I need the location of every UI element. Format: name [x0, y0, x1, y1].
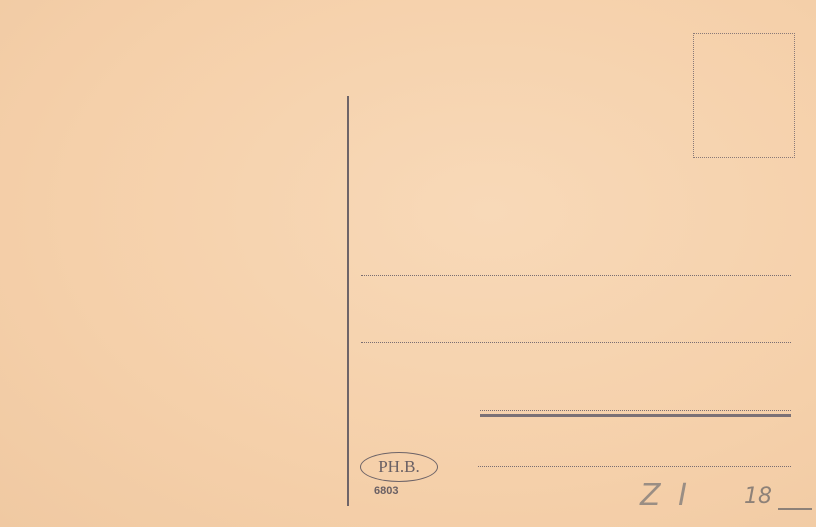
address-line-1 — [361, 275, 791, 276]
handwritten-note-right: 18 — [744, 484, 772, 509]
handwritten-dash — [778, 508, 812, 510]
catalog-number: 6803 — [374, 485, 398, 497]
postcard-back: PH.B. 6803 Z I 18 — [0, 0, 816, 527]
address-underline — [480, 414, 791, 417]
center-divider-line — [347, 96, 349, 506]
address-line-2 — [361, 342, 791, 343]
publisher-logo: PH.B. — [360, 452, 438, 482]
stamp-box — [693, 33, 795, 158]
address-line-4 — [478, 466, 791, 467]
address-line-3 — [480, 410, 791, 411]
publisher-mark: PH.B. — [378, 457, 420, 477]
handwritten-note-left: Z I — [640, 478, 691, 513]
